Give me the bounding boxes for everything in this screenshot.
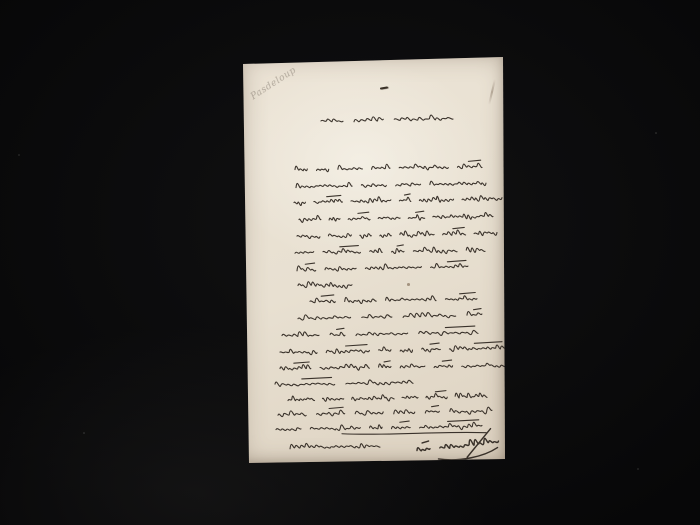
ink-dash-mark bbox=[380, 86, 388, 90]
dust-speck bbox=[18, 154, 20, 156]
dust-speck bbox=[637, 468, 639, 470]
dust-speck bbox=[655, 132, 657, 134]
handwriting-line-closing: reconnaissants bbox=[284, 426, 389, 462]
signature-handwriting: J. Pasdeloup bbox=[408, 415, 508, 470]
handwriting-line-salutation: Mon cher Monsieur bbox=[314, 98, 461, 136]
dust-speck bbox=[83, 432, 85, 434]
letter-paper: Pasdeloup Mon cher MonsieurJe ne veux pa… bbox=[243, 57, 505, 463]
photo-backdrop: Pasdeloup Mon cher MonsieurJe ne veux pa… bbox=[0, 0, 700, 525]
paper-scratch bbox=[488, 79, 495, 105]
pencil-annotation: Pasdeloup bbox=[249, 50, 322, 102]
